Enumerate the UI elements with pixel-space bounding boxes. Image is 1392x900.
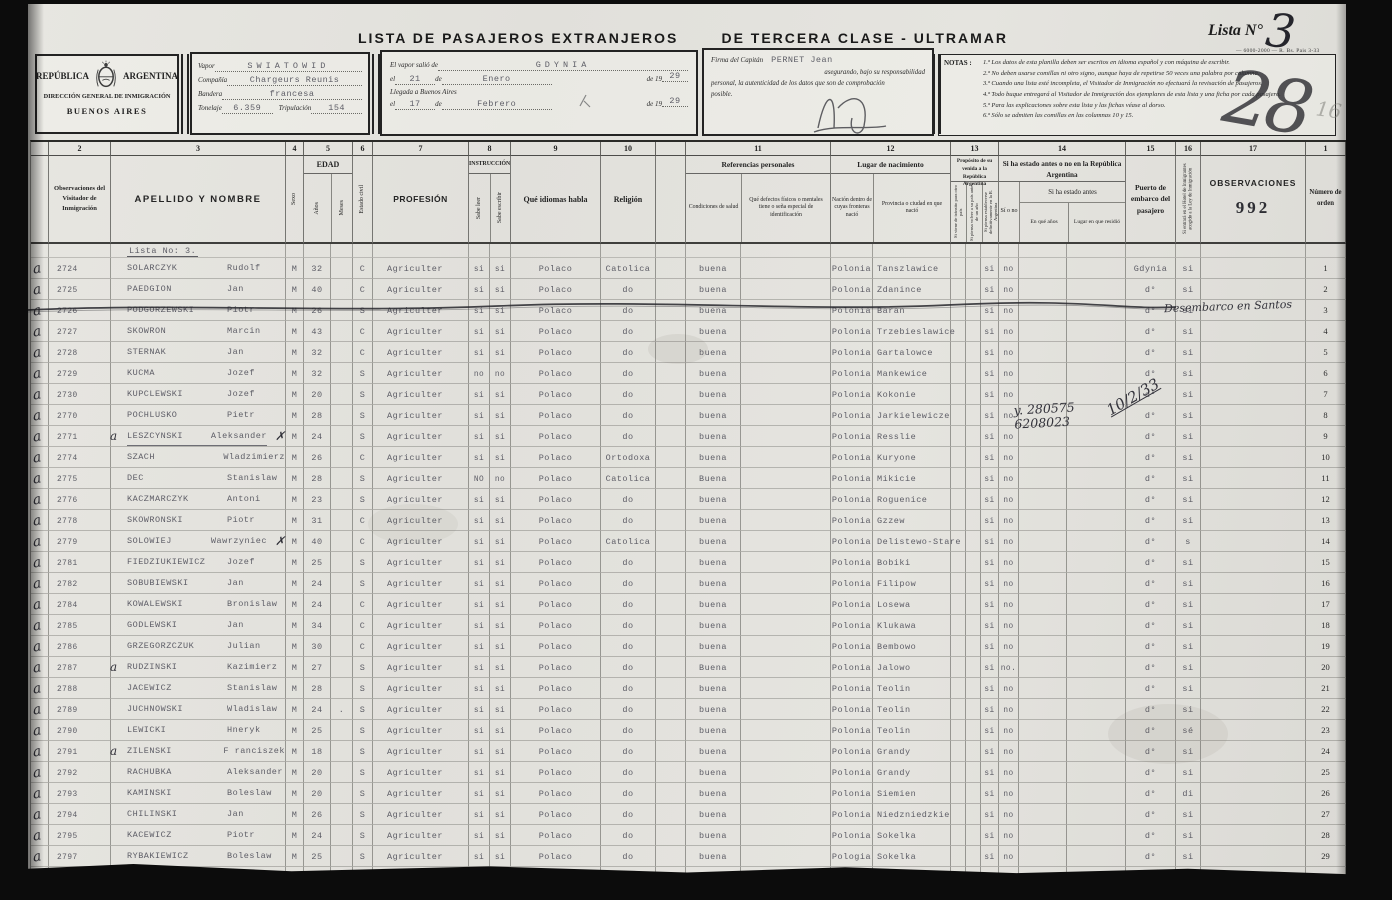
cell-sex: M xyxy=(286,594,304,615)
cell-rel: Catolica xyxy=(601,468,656,489)
cell-strip: a xyxy=(31,762,49,783)
cell-sex: M xyxy=(286,699,304,720)
cell-reg: 2770 xyxy=(49,405,111,426)
cell-name: SOLOWIEJWawrzyniec✗ xyxy=(111,531,286,552)
cell-prov: Sokelka xyxy=(873,846,951,867)
cell-gap xyxy=(656,615,686,636)
given-name: Jan xyxy=(227,342,244,362)
given-name: Bronislaw xyxy=(227,594,277,614)
cell-def xyxy=(741,741,831,762)
cell-yrs: 26 xyxy=(304,804,331,825)
cell-rel: do xyxy=(601,384,656,405)
cell-ord: 23 xyxy=(1306,720,1346,741)
cell-nac: Polonia xyxy=(831,342,873,363)
llegada-label: Llegada a Buenos Aires xyxy=(390,88,457,96)
org-argentina: ARGENTINA xyxy=(123,71,178,81)
cell-esc: si xyxy=(490,594,511,615)
captain-box: Firma del CapitánPERNET Jean asegurando,… xyxy=(702,48,934,136)
colnum-6: 6 xyxy=(353,142,373,156)
cell-yrs: 40 xyxy=(304,531,331,552)
cell-p1 xyxy=(951,384,966,405)
cell-p1 xyxy=(951,426,966,447)
cell-leer: si xyxy=(469,384,490,405)
cell-gap xyxy=(656,363,686,384)
cell-p1 xyxy=(951,636,966,657)
cell-yrs: 25 xyxy=(304,720,331,741)
cell-prov: Kuryone xyxy=(873,447,951,468)
box-divider xyxy=(933,54,941,134)
cell-anios xyxy=(1019,279,1067,300)
cell-p3: si xyxy=(981,510,999,531)
cell-obs xyxy=(1201,279,1306,300)
cell-prof: Agriculter xyxy=(373,279,469,300)
cell-mos xyxy=(331,573,353,594)
cell-anios xyxy=(1019,384,1067,405)
cell-strip: a xyxy=(31,342,49,363)
cell-name: DECStanislaw xyxy=(111,468,286,489)
cell-p2 xyxy=(966,384,981,405)
cell-obs xyxy=(1201,426,1306,447)
surname: FIEDZIUKIEWICZ xyxy=(127,552,227,572)
given-name: Jozef xyxy=(227,552,255,572)
cell-idi: Polaco xyxy=(511,468,601,489)
tripulacion-value: 154 xyxy=(311,103,362,114)
cell-anios xyxy=(1019,594,1067,615)
passenger-table: 2 3 4 5 6 7 8 9 10 11 12 13 14 15 16 17 … xyxy=(30,140,1346,876)
cell-esc: si xyxy=(490,741,511,762)
cell-p1 xyxy=(951,657,966,678)
cell-sex: M xyxy=(286,510,304,531)
list-label: Lista No: 3. xyxy=(127,244,198,257)
cell-p2 xyxy=(966,615,981,636)
colnum-9: 9 xyxy=(511,142,601,156)
cell-no14: no xyxy=(999,468,1019,489)
cell-nac: Polonia xyxy=(831,321,873,342)
cell-yrs: 32 xyxy=(304,342,331,363)
cell-ord: 4 xyxy=(1306,321,1346,342)
cell-no14: no xyxy=(999,762,1019,783)
cell-anios xyxy=(1019,615,1067,636)
cell-idi: Polaco xyxy=(511,363,601,384)
cell-pto: d° xyxy=(1126,783,1176,804)
cell-p2 xyxy=(966,573,981,594)
cell-p2 xyxy=(966,846,981,867)
cell-nac: Polonia xyxy=(831,699,873,720)
cell-strip: a xyxy=(31,636,49,657)
cell-pto: d° xyxy=(1126,594,1176,615)
cell-yrs: 26 xyxy=(304,447,331,468)
cell-prov: Kokonie xyxy=(873,384,951,405)
cell-idi: Polaco xyxy=(511,531,601,552)
cell-gap xyxy=(656,741,686,762)
cell-mos xyxy=(331,447,353,468)
cell-lugar xyxy=(1067,846,1126,867)
cell-nac: Polonia xyxy=(831,762,873,783)
cell-mos xyxy=(331,657,353,678)
cell-def xyxy=(741,384,831,405)
cell-civ: C xyxy=(353,531,373,552)
given-name: Piotr xyxy=(227,510,255,530)
cell-pto: d° xyxy=(1126,342,1176,363)
surname: KAMINSKI xyxy=(127,783,227,803)
cell-no14: no xyxy=(999,636,1019,657)
cell-obs xyxy=(1201,321,1306,342)
cell-mos xyxy=(331,405,353,426)
cell-gap xyxy=(656,489,686,510)
cell-idi: Polaco xyxy=(511,279,601,300)
cell-hot: si xyxy=(1176,300,1201,321)
cell-p3: si xyxy=(981,468,999,489)
de19-label: de 19 xyxy=(647,75,662,83)
surname: RUDZINSKI xyxy=(127,657,227,677)
cell-sal: buena xyxy=(686,741,741,762)
cell-rel: do xyxy=(601,405,656,426)
vapor-label: Vapor xyxy=(198,62,215,70)
bandera-value: francesa xyxy=(222,89,362,100)
tripulacion-label: Tripulación xyxy=(279,104,312,112)
cell-prov: Sokelka xyxy=(873,825,951,846)
cell-nac: Polonia xyxy=(831,426,873,447)
cell-esc: no xyxy=(490,468,511,489)
colnum-8: 8 xyxy=(469,142,511,156)
cell-gap xyxy=(656,594,686,615)
visitor-mark: a xyxy=(31,825,43,847)
cell-leer: si xyxy=(469,741,490,762)
cell-p1 xyxy=(951,342,966,363)
cell-mos xyxy=(331,342,353,363)
cell-rel: do xyxy=(601,342,656,363)
cell-pto: d° xyxy=(1126,825,1176,846)
cell-gap xyxy=(656,720,686,741)
cell-strip: a xyxy=(31,447,49,468)
given-name: Aleksander xyxy=(227,762,283,782)
cell-lugar xyxy=(1067,342,1126,363)
cell-yrs: 40 xyxy=(304,279,331,300)
cell-p2 xyxy=(966,762,981,783)
cell-pto: d° xyxy=(1126,762,1176,783)
cell-reg: 2789 xyxy=(49,699,111,720)
cell-sex: M xyxy=(286,384,304,405)
cell-lugar xyxy=(1067,783,1126,804)
cell-hot: si xyxy=(1176,447,1201,468)
cell-leer: si xyxy=(469,342,490,363)
cell-p2 xyxy=(966,342,981,363)
cell-leer: si xyxy=(469,489,490,510)
cell-sal: buena xyxy=(686,846,741,867)
cell-ord: 19 xyxy=(1306,636,1346,657)
de-label-2: de xyxy=(435,100,442,108)
cell-gap xyxy=(656,468,686,489)
cell-prof: Agriculter xyxy=(373,615,469,636)
header-instruccion: INSTRUCCIÓN Sabe leerSabe escribir xyxy=(469,156,511,244)
cell-idi: Polaco xyxy=(511,804,601,825)
surname: SOLARCZYK xyxy=(127,258,227,278)
cell-p2 xyxy=(966,258,981,279)
given-name: Jan xyxy=(227,573,244,593)
cell-prof: Agriculter xyxy=(373,636,469,657)
cell-hot: si xyxy=(1176,510,1201,531)
header-religion: Religión xyxy=(601,156,656,244)
visitor-mark: a xyxy=(31,573,43,595)
cell-p2 xyxy=(966,720,981,741)
cell-rel: do xyxy=(601,615,656,636)
cell-anios xyxy=(1019,699,1067,720)
cell-gap xyxy=(656,552,686,573)
cell-idi: Polaco xyxy=(511,405,601,426)
cell-nac: Polonia xyxy=(831,720,873,741)
header-obs-visitador: Observaciones del Visitador de Inmigraci… xyxy=(49,156,111,244)
cell-nac: Polonia xyxy=(831,594,873,615)
cell-p2 xyxy=(966,804,981,825)
label-row-cell xyxy=(1019,244,1067,258)
visitor-mark: a xyxy=(31,636,43,658)
cell-no14: no xyxy=(999,405,1019,426)
cell-civ: S xyxy=(353,657,373,678)
cell-nac: Polonia xyxy=(831,825,873,846)
cell-p2 xyxy=(966,741,981,762)
cell-reg: 2778 xyxy=(49,510,111,531)
cell-strip: a xyxy=(31,531,49,552)
label-row-cell xyxy=(831,244,873,258)
label-row-cell xyxy=(656,244,686,258)
cell-reg: 2790 xyxy=(49,720,111,741)
cell-anios xyxy=(1019,468,1067,489)
cell-hot: si xyxy=(1176,321,1201,342)
cell-no14: no xyxy=(999,825,1019,846)
cell-prov: Teolin xyxy=(873,699,951,720)
cell-strip: a xyxy=(31,573,49,594)
ship-box: VaporSWIATOWID CompañíaChargeurs Reunis … xyxy=(190,52,370,135)
visitor-mark: a xyxy=(31,468,43,490)
cell-pto: d° xyxy=(1126,846,1176,867)
cell-mos xyxy=(331,825,353,846)
cell-no14: no xyxy=(999,615,1019,636)
cell-yrs: 25 xyxy=(304,846,331,867)
cell-prof: Agriculter xyxy=(373,825,469,846)
cell-strip: a xyxy=(31,468,49,489)
cell-sal: buena xyxy=(686,321,741,342)
surname: KOWALEWSKI xyxy=(127,594,227,614)
cell-nac: Polonia xyxy=(831,405,873,426)
cell-p1 xyxy=(951,300,966,321)
surname: JUCHNOWSKI xyxy=(127,699,227,719)
cell-prof: Agriculter xyxy=(373,552,469,573)
cell-strip: a xyxy=(31,699,49,720)
cell-sal: buena xyxy=(686,258,741,279)
cell-mos xyxy=(331,552,353,573)
cell-name: POCHLUSKOPietr xyxy=(111,405,286,426)
cell-gap xyxy=(656,573,686,594)
surname: RYBAKIEWICZ xyxy=(127,846,227,866)
cell-leer: si xyxy=(469,636,490,657)
cell-p1 xyxy=(951,552,966,573)
cell-p2 xyxy=(966,321,981,342)
cell-yrs: 24 xyxy=(304,699,331,720)
colnum-13: 13 xyxy=(951,142,999,156)
cell-strip: a xyxy=(31,825,49,846)
cell-name: PODGORZEWSKIPiotr xyxy=(111,300,286,321)
cell-lugar xyxy=(1067,279,1126,300)
header-observaciones: OBSERVACIONES 992 xyxy=(1201,156,1306,244)
cell-def xyxy=(741,531,831,552)
cell-strip: a xyxy=(31,594,49,615)
cell-sal: buena xyxy=(686,384,741,405)
cell-anios xyxy=(1019,426,1067,447)
label-row-cell xyxy=(1306,244,1346,258)
cell-strip: a xyxy=(31,552,49,573)
cell-def xyxy=(741,258,831,279)
cell-esc: si xyxy=(490,804,511,825)
cell-p3: si xyxy=(981,594,999,615)
llegada-month: Febrero xyxy=(442,99,552,110)
cell-def xyxy=(741,762,831,783)
cell-pto: d° xyxy=(1126,510,1176,531)
cell-p2 xyxy=(966,699,981,720)
cell-pto: d° xyxy=(1126,636,1176,657)
cell-sal: buena xyxy=(686,762,741,783)
header-gap xyxy=(656,156,686,244)
cell-name: SKOWRONSKIPiotr xyxy=(111,510,286,531)
salio-day: 21 xyxy=(395,74,435,85)
given-name: Rudolf xyxy=(227,258,261,278)
cell-lugar xyxy=(1067,552,1126,573)
cell-sex: M xyxy=(286,804,304,825)
cell-leer: si xyxy=(469,615,490,636)
cell-p3: si xyxy=(981,342,999,363)
cell-obs xyxy=(1201,510,1306,531)
cell-yrs: 20 xyxy=(304,762,331,783)
given-name: Aleksander xyxy=(211,426,267,446)
cell-sex: M xyxy=(286,447,304,468)
cell-prof: Agriculter xyxy=(373,384,469,405)
cell-mos xyxy=(331,594,353,615)
cell-p1 xyxy=(951,258,966,279)
cell-leer: si xyxy=(469,762,490,783)
cell-reg: 2725 xyxy=(49,279,111,300)
cell-esc: si xyxy=(490,258,511,279)
cell-name: STERNAKJan xyxy=(111,342,286,363)
cell-civ: C xyxy=(353,510,373,531)
cell-prov: Jarkielewicze xyxy=(873,405,951,426)
cell-rel: do xyxy=(601,762,656,783)
cell-yrs: 24 xyxy=(304,594,331,615)
given-name: Stanislaw xyxy=(227,678,277,698)
cell-sex: M xyxy=(286,342,304,363)
header-hotel: Si entrará en el Hotel de Inmigrantes ac… xyxy=(1176,156,1201,244)
cell-no14: no xyxy=(999,846,1019,867)
surname: POCHLUSKO xyxy=(127,405,227,425)
cell-leer: NO xyxy=(469,468,490,489)
cell-hot: si xyxy=(1176,594,1201,615)
cell-p1 xyxy=(951,699,966,720)
cell-strip: a xyxy=(31,804,49,825)
given-name: Jozef xyxy=(227,384,255,404)
cell-prov: Gzzew xyxy=(873,510,951,531)
cell-prof: Agriculter xyxy=(373,678,469,699)
cell-esc: si xyxy=(490,615,511,636)
cell-sal: buena xyxy=(686,783,741,804)
de19-label-2: de 19 xyxy=(647,100,662,108)
cell-rel: do xyxy=(601,678,656,699)
cell-nac: Polonia xyxy=(831,447,873,468)
cell-sex: M xyxy=(286,489,304,510)
cell-name: PAEDGIONJan xyxy=(111,279,286,300)
cell-leer: si xyxy=(469,405,490,426)
cell-gap xyxy=(656,762,686,783)
header-apellido-nombre: APELLIDO Y NOMBRE xyxy=(111,156,286,244)
cell-idi: Polaco xyxy=(511,426,601,447)
cell-prof: Agriculter xyxy=(373,531,469,552)
cell-reg: 2786 xyxy=(49,636,111,657)
compania-value: Chargeurs Reunis xyxy=(227,75,362,86)
cell-idi: Polaco xyxy=(511,720,601,741)
cell-ord: 7 xyxy=(1306,384,1346,405)
nota-item: 3.ª Cuando una lista esté incompleta, el… xyxy=(983,79,1329,90)
cell-no14: no xyxy=(999,678,1019,699)
cell-name: CHILINSKIJan xyxy=(111,804,286,825)
cell-def xyxy=(741,678,831,699)
cell-prov: Roguenice xyxy=(873,489,951,510)
cell-hot: si xyxy=(1176,468,1201,489)
header-idiomas: Qué idiomas habla xyxy=(511,156,601,244)
cell-prof: Agriculter xyxy=(373,489,469,510)
cell-yrs: 43 xyxy=(304,321,331,342)
cell-leer: si xyxy=(469,699,490,720)
cell-prof: Agriculter xyxy=(373,573,469,594)
cell-obs xyxy=(1201,531,1306,552)
cell-lugar xyxy=(1067,510,1126,531)
cell-lugar xyxy=(1067,615,1126,636)
cell-p3: si xyxy=(981,573,999,594)
cell-p1 xyxy=(951,321,966,342)
cell-pto: d° xyxy=(1126,426,1176,447)
page-title: LISTA DE PASAJEROS EXTRANJEROS DE TERCER… xyxy=(358,30,1008,46)
cell-hot: si xyxy=(1176,573,1201,594)
cell-rel: do xyxy=(601,279,656,300)
cell-esc: si xyxy=(490,762,511,783)
cell-p2 xyxy=(966,783,981,804)
cell-mos xyxy=(331,321,353,342)
surname: KUPCLEWSKI xyxy=(127,384,227,404)
cell-rel: do xyxy=(601,825,656,846)
cell-p1 xyxy=(951,720,966,741)
surname: SOLOWIEJ xyxy=(127,531,211,551)
cell-yrs: 31 xyxy=(304,510,331,531)
cell-mos xyxy=(331,846,353,867)
cell-prof: Agriculter xyxy=(373,846,469,867)
header-edad: EDAD AñosMeses xyxy=(304,156,353,244)
cell-obs xyxy=(1201,573,1306,594)
cell-mos xyxy=(331,636,353,657)
cell-civ: C xyxy=(353,636,373,657)
cell-reg: 2791 xyxy=(49,741,111,762)
cell-prov: Bembowo xyxy=(873,636,951,657)
cell-prov: Gartalowce xyxy=(873,342,951,363)
cell-esc: si xyxy=(490,384,511,405)
colnum-11: 11 xyxy=(686,142,831,156)
cell-def xyxy=(741,426,831,447)
cell-pto: d° xyxy=(1126,615,1176,636)
cell-sal: buena xyxy=(686,678,741,699)
colnum-7: 7 xyxy=(373,142,469,156)
cell-lugar xyxy=(1067,741,1126,762)
surname: SKOWRON xyxy=(127,321,227,341)
cell-sex: M xyxy=(286,825,304,846)
cell-idi: Polaco xyxy=(511,615,601,636)
cell-obs xyxy=(1201,720,1306,741)
cell-civ: C xyxy=(353,615,373,636)
cell-hot: si xyxy=(1176,384,1201,405)
